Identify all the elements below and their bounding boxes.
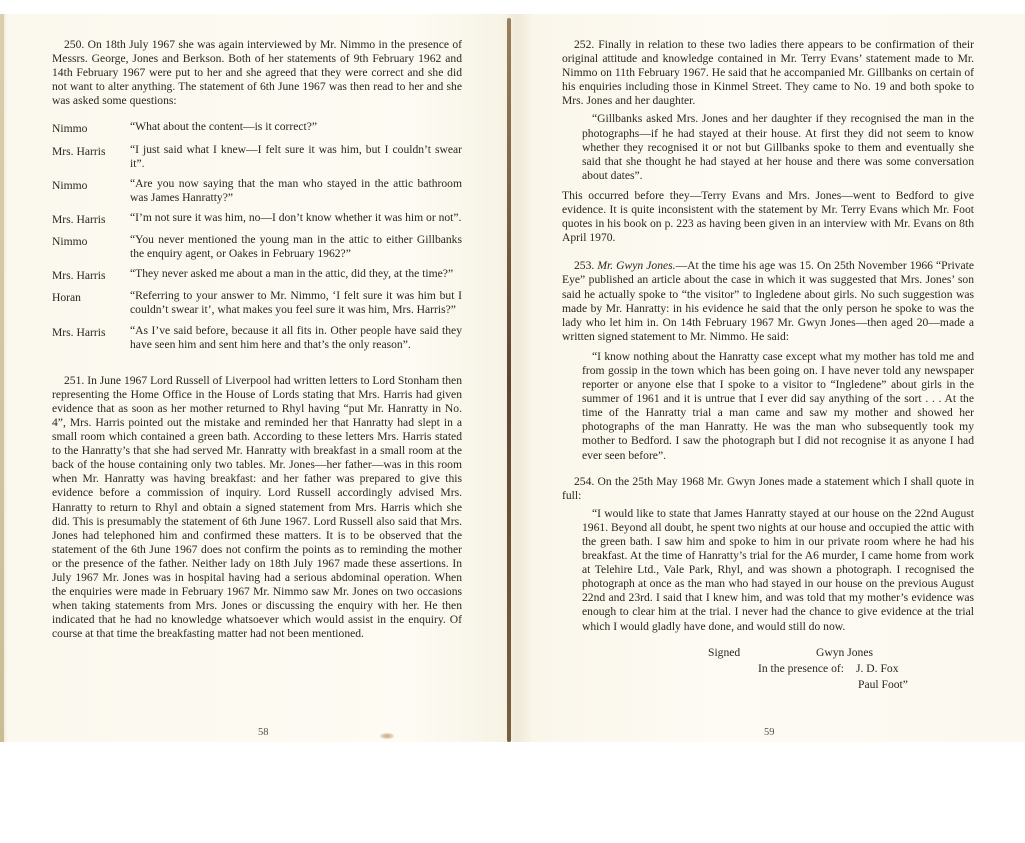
paragraph-250: 250. On 18th July 1967 she was again int… (52, 38, 462, 108)
dialogue-text: “Referring to your answer to Mr. Nimmo, … (130, 289, 462, 317)
paragraph-253-number: 253. (574, 259, 594, 272)
quote-254: “I would like to state that James Hanrat… (582, 507, 974, 634)
left-page: 250. On 18th July 1967 she was again int… (52, 38, 462, 641)
quote-252: “Gillbanks asked Mrs. Jones and her daug… (582, 112, 974, 182)
dialogue-text: “Are you now saying that the man who sta… (130, 177, 462, 205)
signature-block: Signed Gwyn Jones In the presence of: J.… (562, 646, 974, 704)
dialogue-text: “You never mentioned the young man in th… (130, 233, 462, 261)
paragraph-253-heading: Mr. Gwyn Jones. (597, 259, 675, 272)
paragraph-252-continued: This occurred before they—Terry Evans an… (562, 189, 974, 245)
paragraph-253: 253. Mr. Gwyn Jones.—At the time his age… (562, 259, 974, 344)
dialogue-speaker: Horan (52, 289, 130, 317)
witness-2: Paul Foot” (858, 678, 908, 692)
quote-253: “I know nothing about the Hanratty case … (582, 350, 974, 463)
dialogue-speaker: Mrs. Harris (52, 211, 130, 227)
dialogue-row: Horan“Referring to your answer to Mr. Ni… (52, 289, 462, 317)
paper-stain (380, 733, 394, 739)
dialogue-text: “I’m not sure it was him, no—I don’t kno… (130, 211, 462, 227)
dialogue-text: “They never asked me about a man in the … (130, 267, 462, 283)
paragraph-254: 254. On the 25th May 1968 Mr. Gwyn Jones… (562, 475, 974, 503)
dialogue-speaker: Nimmo (52, 120, 130, 136)
dialogue-text: “As I’ve said before, because it all fit… (130, 324, 462, 352)
paragraph-251: 251. In June 1967 Lord Russell of Liverp… (52, 374, 462, 642)
signed-label: Signed (708, 646, 740, 660)
page-edge (0, 14, 4, 742)
dialogue-speaker: Mrs. Harris (52, 324, 130, 352)
witness-1: J. D. Fox (856, 662, 899, 676)
signed-name: Gwyn Jones (816, 646, 873, 660)
dialogue-speaker: Mrs. Harris (52, 267, 130, 283)
dialogue-list: Nimmo“What about the content—is it corre… (52, 120, 462, 351)
book-gutter (507, 18, 511, 742)
dialogue-row: Nimmo“Are you now saying that the man wh… (52, 177, 462, 205)
dialogue-row: Mrs. Harris“As I’ve said before, because… (52, 324, 462, 352)
page-number-right: 59 (764, 727, 775, 738)
dialogue-row: Mrs. Harris“I’m not sure it was him, no—… (52, 211, 462, 227)
dialogue-text: “I just said what I knew—I felt sure it … (130, 143, 462, 171)
presence-label: In the presence of: (758, 662, 844, 676)
dialogue-speaker: Nimmo (52, 233, 130, 261)
dialogue-row: Mrs. Harris“They never asked me about a … (52, 267, 462, 283)
dialogue-row: Nimmo“What about the content—is it corre… (52, 120, 462, 136)
paragraph-252: 252. Finally in relation to these two la… (562, 38, 974, 108)
dialogue-row: Nimmo“You never mentioned the young man … (52, 233, 462, 261)
page-number-left: 58 (258, 727, 269, 738)
dialogue-speaker: Mrs. Harris (52, 143, 130, 171)
dialogue-speaker: Nimmo (52, 177, 130, 205)
dialogue-row: Mrs. Harris“I just said what I knew—I fe… (52, 143, 462, 171)
dialogue-text: “What about the content—is it correct?” (130, 120, 462, 136)
right-page: 252. Finally in relation to these two la… (562, 38, 974, 704)
